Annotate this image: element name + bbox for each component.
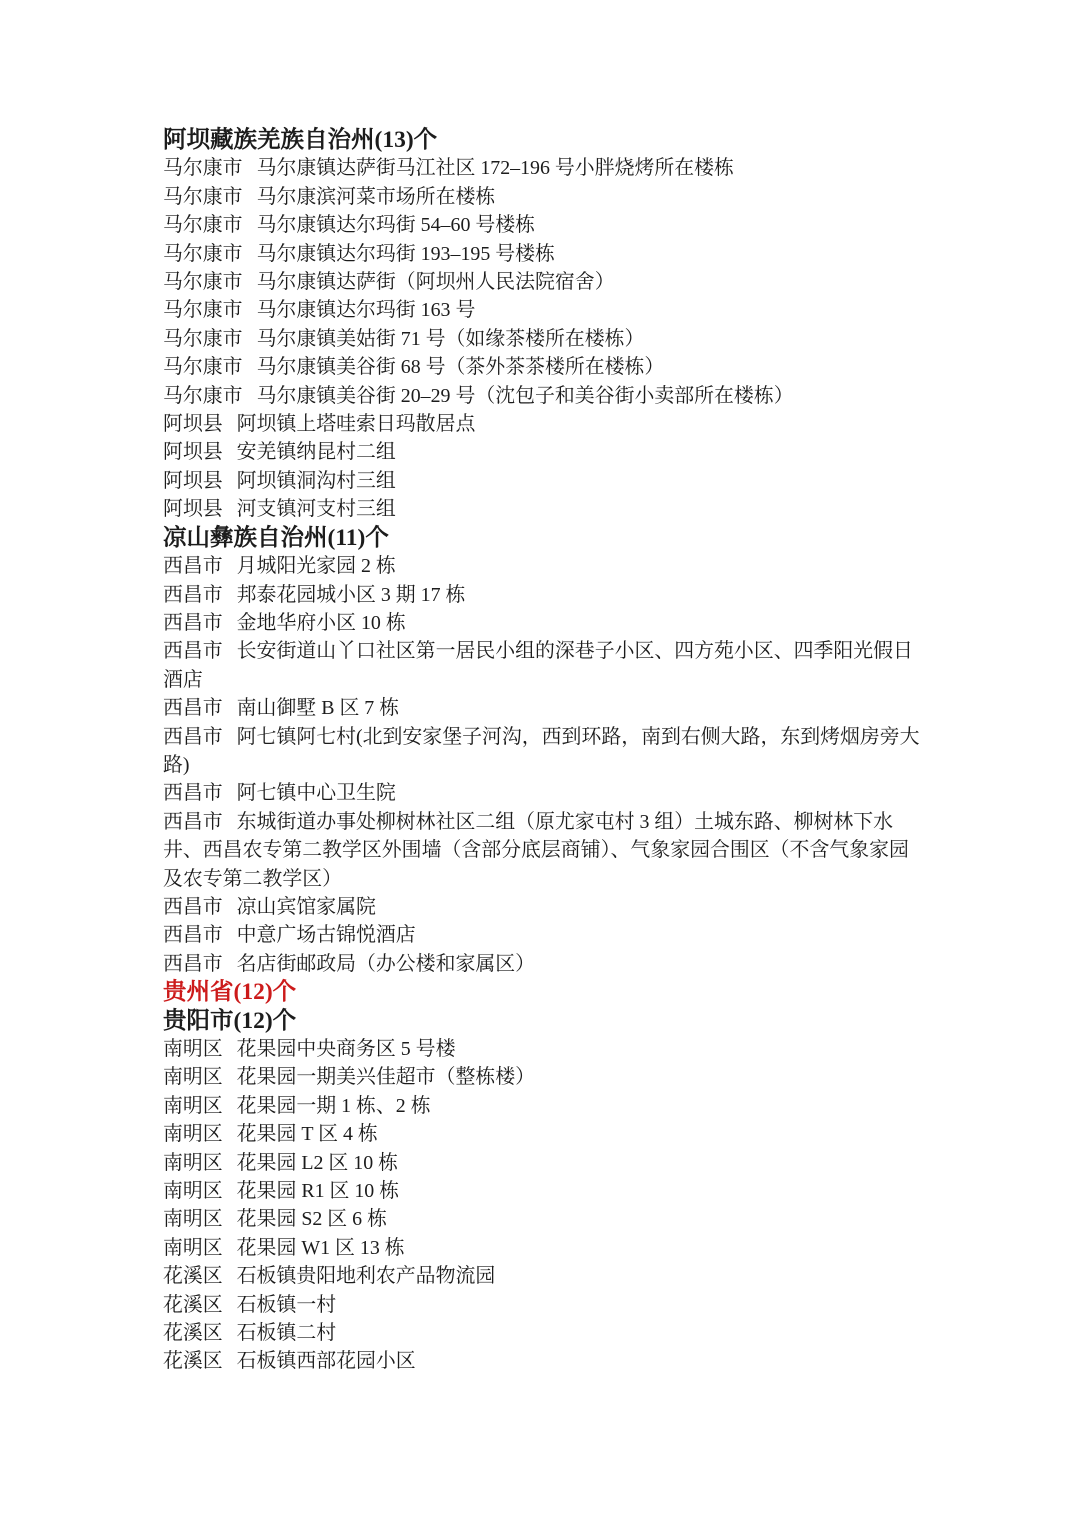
list-item: 西昌市邦泰花园城小区 3 期 17 栋 xyxy=(163,581,927,609)
page: { "colors": { "text": "#1c1c1c", "red_he… xyxy=(0,0,1080,1526)
address-text: 阿七镇中心卫生院 xyxy=(237,782,396,804)
address-text: 石板镇贵阳地利农产品物流园 xyxy=(237,1265,496,1287)
section-header: 凉山彝族自治州(11)个 xyxy=(163,524,927,552)
district-label: 马尔康市 xyxy=(163,385,243,407)
list-item: 西昌市凉山宾馆家属院 xyxy=(163,893,927,921)
list-item: 南明区花果园 W1 区 13 栋 xyxy=(163,1234,927,1262)
district-label: 马尔康市 xyxy=(163,243,243,265)
list-item: 西昌市金地华府小区 10 栋 xyxy=(163,609,927,637)
list-item: 马尔康市马尔康镇达尔玛街 54–60 号楼栋 xyxy=(163,211,927,239)
section-header: 贵阳市(12)个 xyxy=(163,1007,927,1035)
address-text: 花果园一期 1 栋、2 栋 xyxy=(237,1095,431,1117)
address-text: 中意广场古锦悦酒店 xyxy=(237,924,416,946)
district-label: 南明区 xyxy=(163,1066,223,1088)
district-label: 西昌市 xyxy=(163,555,223,577)
list-item: 南明区花果园中央商务区 5 号楼 xyxy=(163,1035,927,1063)
list-item: 阿坝县阿坝镇上塔哇索日玛散居点 xyxy=(163,410,927,438)
list-item: 南明区花果园一期美兴佳超市（整栋楼） xyxy=(163,1063,927,1091)
address-text: 石板镇西部花园小区 xyxy=(237,1350,416,1372)
address-text: 金地华府小区 10 栋 xyxy=(237,612,406,634)
district-label: 南明区 xyxy=(163,1095,223,1117)
address-text: 石板镇一村 xyxy=(237,1294,336,1316)
list-item: 南明区花果园 T 区 4 栋 xyxy=(163,1120,927,1148)
address-text: 马尔康镇达尔玛街 193–195 号楼栋 xyxy=(257,243,555,265)
address-text: 马尔康镇美姑街 71 号（如缘茶楼所在楼栋） xyxy=(257,328,645,350)
address-text: 河支镇河支村三组 xyxy=(237,498,396,520)
list-item: 南明区花果园一期 1 栋、2 栋 xyxy=(163,1092,927,1120)
list-item: 马尔康市马尔康镇达尔玛街 163 号 xyxy=(163,296,927,324)
address-text: 名店街邮政局（办公楼和家属区） xyxy=(237,953,535,975)
address-text: 凉山宾馆家属院 xyxy=(237,896,376,918)
district-label: 马尔康市 xyxy=(163,356,243,378)
address-text: 马尔康镇美谷街 68 号（茶外茶茶楼所在楼栋） xyxy=(257,356,665,378)
address-text: 南山御墅 B 区 7 栋 xyxy=(237,697,399,719)
address-text: 马尔康滨河菜市场所在楼栋 xyxy=(257,186,496,208)
list-item: 马尔康市马尔康镇美姑街 71 号（如缘茶楼所在楼栋） xyxy=(163,325,927,353)
district-label: 南明区 xyxy=(163,1208,223,1230)
district-label: 西昌市 xyxy=(163,811,223,833)
list-item: 南明区花果园 S2 区 6 栋 xyxy=(163,1205,927,1233)
list-item: 西昌市名店街邮政局（办公楼和家属区） xyxy=(163,950,927,978)
district-label: 花溪区 xyxy=(163,1294,223,1316)
list-item: 花溪区石板镇一村 xyxy=(163,1291,927,1319)
list-item: 马尔康市马尔康镇达萨街马江社区 172–196 号小胖烧烤所在楼栋 xyxy=(163,154,927,182)
list-item: 阿坝县阿坝镇洞沟村三组 xyxy=(163,467,927,495)
list-item: 阿坝县安羌镇纳昆村二组 xyxy=(163,438,927,466)
list-item: 花溪区石板镇西部花园小区 xyxy=(163,1347,927,1375)
district-label: 南明区 xyxy=(163,1123,223,1145)
district-label: 西昌市 xyxy=(163,896,223,918)
address-text: 月城阳光家园 2 栋 xyxy=(237,555,396,577)
list-item: 西昌市月城阳光家园 2 栋 xyxy=(163,552,927,580)
district-label: 阿坝县 xyxy=(163,413,223,435)
address-text: 邦泰花园城小区 3 期 17 栋 xyxy=(237,584,466,606)
district-label: 马尔康市 xyxy=(163,299,243,321)
list-item: 西昌市阿七镇中心卫生院 xyxy=(163,779,927,807)
list-item: 马尔康市马尔康滨河菜市场所在楼栋 xyxy=(163,183,927,211)
district-label: 阿坝县 xyxy=(163,470,223,492)
list-item: 马尔康市马尔康镇达尔玛街 193–195 号楼栋 xyxy=(163,240,927,268)
district-label: 马尔康市 xyxy=(163,157,243,179)
address-text: 花果园中央商务区 5 号楼 xyxy=(237,1038,456,1060)
district-label: 西昌市 xyxy=(163,697,223,719)
district-label: 西昌市 xyxy=(163,584,223,606)
district-label: 马尔康市 xyxy=(163,214,243,236)
list-item: 西昌市中意广场古锦悦酒店 xyxy=(163,921,927,949)
address-text: 花果园一期美兴佳超市（整栋楼） xyxy=(237,1066,535,1088)
address-text: 阿七镇阿七村(北到安家堡子河沟，西到环路，南到右侧大路，东到烤烟房旁大路) xyxy=(163,726,920,776)
district-label: 南明区 xyxy=(163,1152,223,1174)
address-text: 马尔康镇美谷街 20–29 号（沈包子和美谷街小卖部所在楼栋） xyxy=(257,385,794,407)
district-label: 南明区 xyxy=(163,1038,223,1060)
list-item: 西昌市长安街道山丫口社区第一居民小组的深巷子小区、四方苑小区、四季阳光假日酒店 xyxy=(163,637,927,694)
list-item: 阿坝县河支镇河支村三组 xyxy=(163,495,927,523)
district-label: 西昌市 xyxy=(163,612,223,634)
address-text: 花果园 R1 区 10 栋 xyxy=(237,1180,399,1202)
list-item: 西昌市南山御墅 B 区 7 栋 xyxy=(163,694,927,722)
list-item: 西昌市东城街道办事处柳树林社区二组（原尤家屯村 3 组）土城东路、柳树林下水井、… xyxy=(163,808,927,893)
address-text: 阿坝镇上塔哇索日玛散居点 xyxy=(237,413,476,435)
district-label: 西昌市 xyxy=(163,782,223,804)
district-label: 花溪区 xyxy=(163,1265,223,1287)
list-item: 马尔康市马尔康镇美谷街 68 号（茶外茶茶楼所在楼栋） xyxy=(163,353,927,381)
list-item: 南明区花果园 R1 区 10 栋 xyxy=(163,1177,927,1205)
address-text: 花果园 W1 区 13 栋 xyxy=(237,1237,405,1259)
district-label: 南明区 xyxy=(163,1180,223,1202)
address-text: 东城街道办事处柳树林社区二组（原尤家屯村 3 组）土城东路、柳树林下水井、西昌农… xyxy=(163,811,909,890)
address-text: 花果园 T 区 4 栋 xyxy=(237,1123,378,1145)
district-label: 花溪区 xyxy=(163,1322,223,1344)
district-label: 马尔康市 xyxy=(163,186,243,208)
district-label: 阿坝县 xyxy=(163,441,223,463)
district-label: 马尔康市 xyxy=(163,328,243,350)
list-item: 花溪区石板镇二村 xyxy=(163,1319,927,1347)
address-text: 安羌镇纳昆村二组 xyxy=(237,441,396,463)
address-text: 长安街道山丫口社区第一居民小组的深巷子小区、四方苑小区、四季阳光假日酒店 xyxy=(163,640,913,690)
district-label: 西昌市 xyxy=(163,953,223,975)
district-label: 西昌市 xyxy=(163,924,223,946)
list-item: 马尔康市马尔康镇达萨街（阿坝州人民法院宿舍） xyxy=(163,268,927,296)
district-label: 花溪区 xyxy=(163,1350,223,1372)
address-text: 马尔康镇达萨街马江社区 172–196 号小胖烧烤所在楼栋 xyxy=(257,157,734,179)
district-label: 马尔康市 xyxy=(163,271,243,293)
list-item: 花溪区石板镇贵阳地利农产品物流园 xyxy=(163,1262,927,1290)
list-item: 马尔康市马尔康镇美谷街 20–29 号（沈包子和美谷街小卖部所在楼栋） xyxy=(163,382,927,410)
district-label: 西昌市 xyxy=(163,726,223,748)
section-header: 阿坝藏族羌族自治州(13)个 xyxy=(163,126,927,154)
list-item: 南明区花果园 L2 区 10 栋 xyxy=(163,1149,927,1177)
address-text: 石板镇二村 xyxy=(237,1322,336,1344)
address-text: 阿坝镇洞沟村三组 xyxy=(237,470,396,492)
risk-area-list: 阿坝藏族羌族自治州(13)个马尔康市马尔康镇达萨街马江社区 172–196 号小… xyxy=(163,126,927,1376)
district-label: 西昌市 xyxy=(163,640,223,662)
address-text: 花果园 L2 区 10 栋 xyxy=(237,1152,398,1174)
district-label: 南明区 xyxy=(163,1237,223,1259)
address-text: 花果园 S2 区 6 栋 xyxy=(237,1208,387,1230)
address-text: 马尔康镇达萨街（阿坝州人民法院宿舍） xyxy=(257,271,615,293)
district-label: 阿坝县 xyxy=(163,498,223,520)
section-header: 贵州省(12)个 xyxy=(163,978,927,1006)
address-text: 马尔康镇达尔玛街 163 号 xyxy=(257,299,476,321)
list-item: 西昌市阿七镇阿七村(北到安家堡子河沟，西到环路，南到右侧大路，东到烤烟房旁大路) xyxy=(163,723,927,780)
address-text: 马尔康镇达尔玛街 54–60 号楼栋 xyxy=(257,214,535,236)
